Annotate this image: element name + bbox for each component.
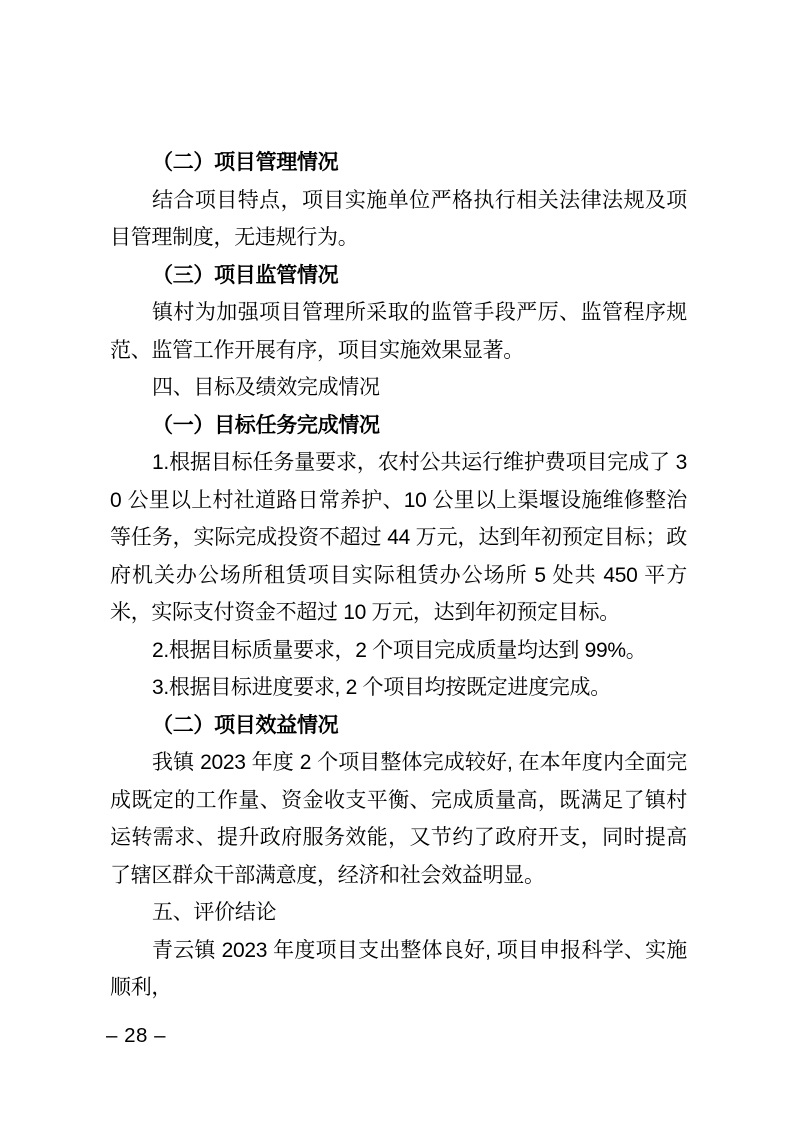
heading-project-management: （二）项目管理情况 xyxy=(110,144,687,182)
paragraph-task-quality: 2.根据目标质量要求，2 个项目完成质量均达到 99%。 xyxy=(110,632,687,670)
paragraph-benefits-detail: 我镇 2023 年度 2 个项目整体完成较好, 在本年度内全面完成既定的工作量、… xyxy=(110,744,687,894)
paragraph-task-progress: 3.根据目标进度要求, 2 个项目均按既定进度完成。 xyxy=(110,669,687,707)
paragraph-supervision-detail: 镇村为加强项目管理所采取的监管手段严厉、监管程序规范、监管工作开展有序，项目实施… xyxy=(110,294,687,369)
heading-goals-and-performance: 四、目标及绩效完成情况 xyxy=(110,369,687,407)
paragraph-task-quantity: 1.根据目标任务量要求，农村公共运行维护费项目完成了 30 公里以上村社道路日常… xyxy=(110,444,687,632)
document-body: （二）项目管理情况 结合项目特点，项目实施单位严格执行相关法律法规及项目管理制度… xyxy=(110,144,687,1007)
heading-project-supervision: （三）项目监管情况 xyxy=(110,257,687,295)
paragraph-conclusion-intro: 青云镇 2023 年度项目支出整体良好, 项目申报科学、实施顺利， xyxy=(110,932,687,1007)
heading-evaluation-conclusion: 五、评价结论 xyxy=(110,894,687,932)
paragraph-management-detail: 结合项目特点，项目实施单位严格执行相关法律法规及项目管理制度，无违规行为。 xyxy=(110,182,687,257)
document-page: （二）项目管理情况 结合项目特点，项目实施单位严格执行相关法律法规及项目管理制度… xyxy=(0,0,793,1121)
heading-target-task-completion: （一）目标任务完成情况 xyxy=(110,407,687,445)
heading-project-benefits: （二）项目效益情况 xyxy=(110,707,687,745)
page-number: – 28 – xyxy=(106,1024,166,1048)
